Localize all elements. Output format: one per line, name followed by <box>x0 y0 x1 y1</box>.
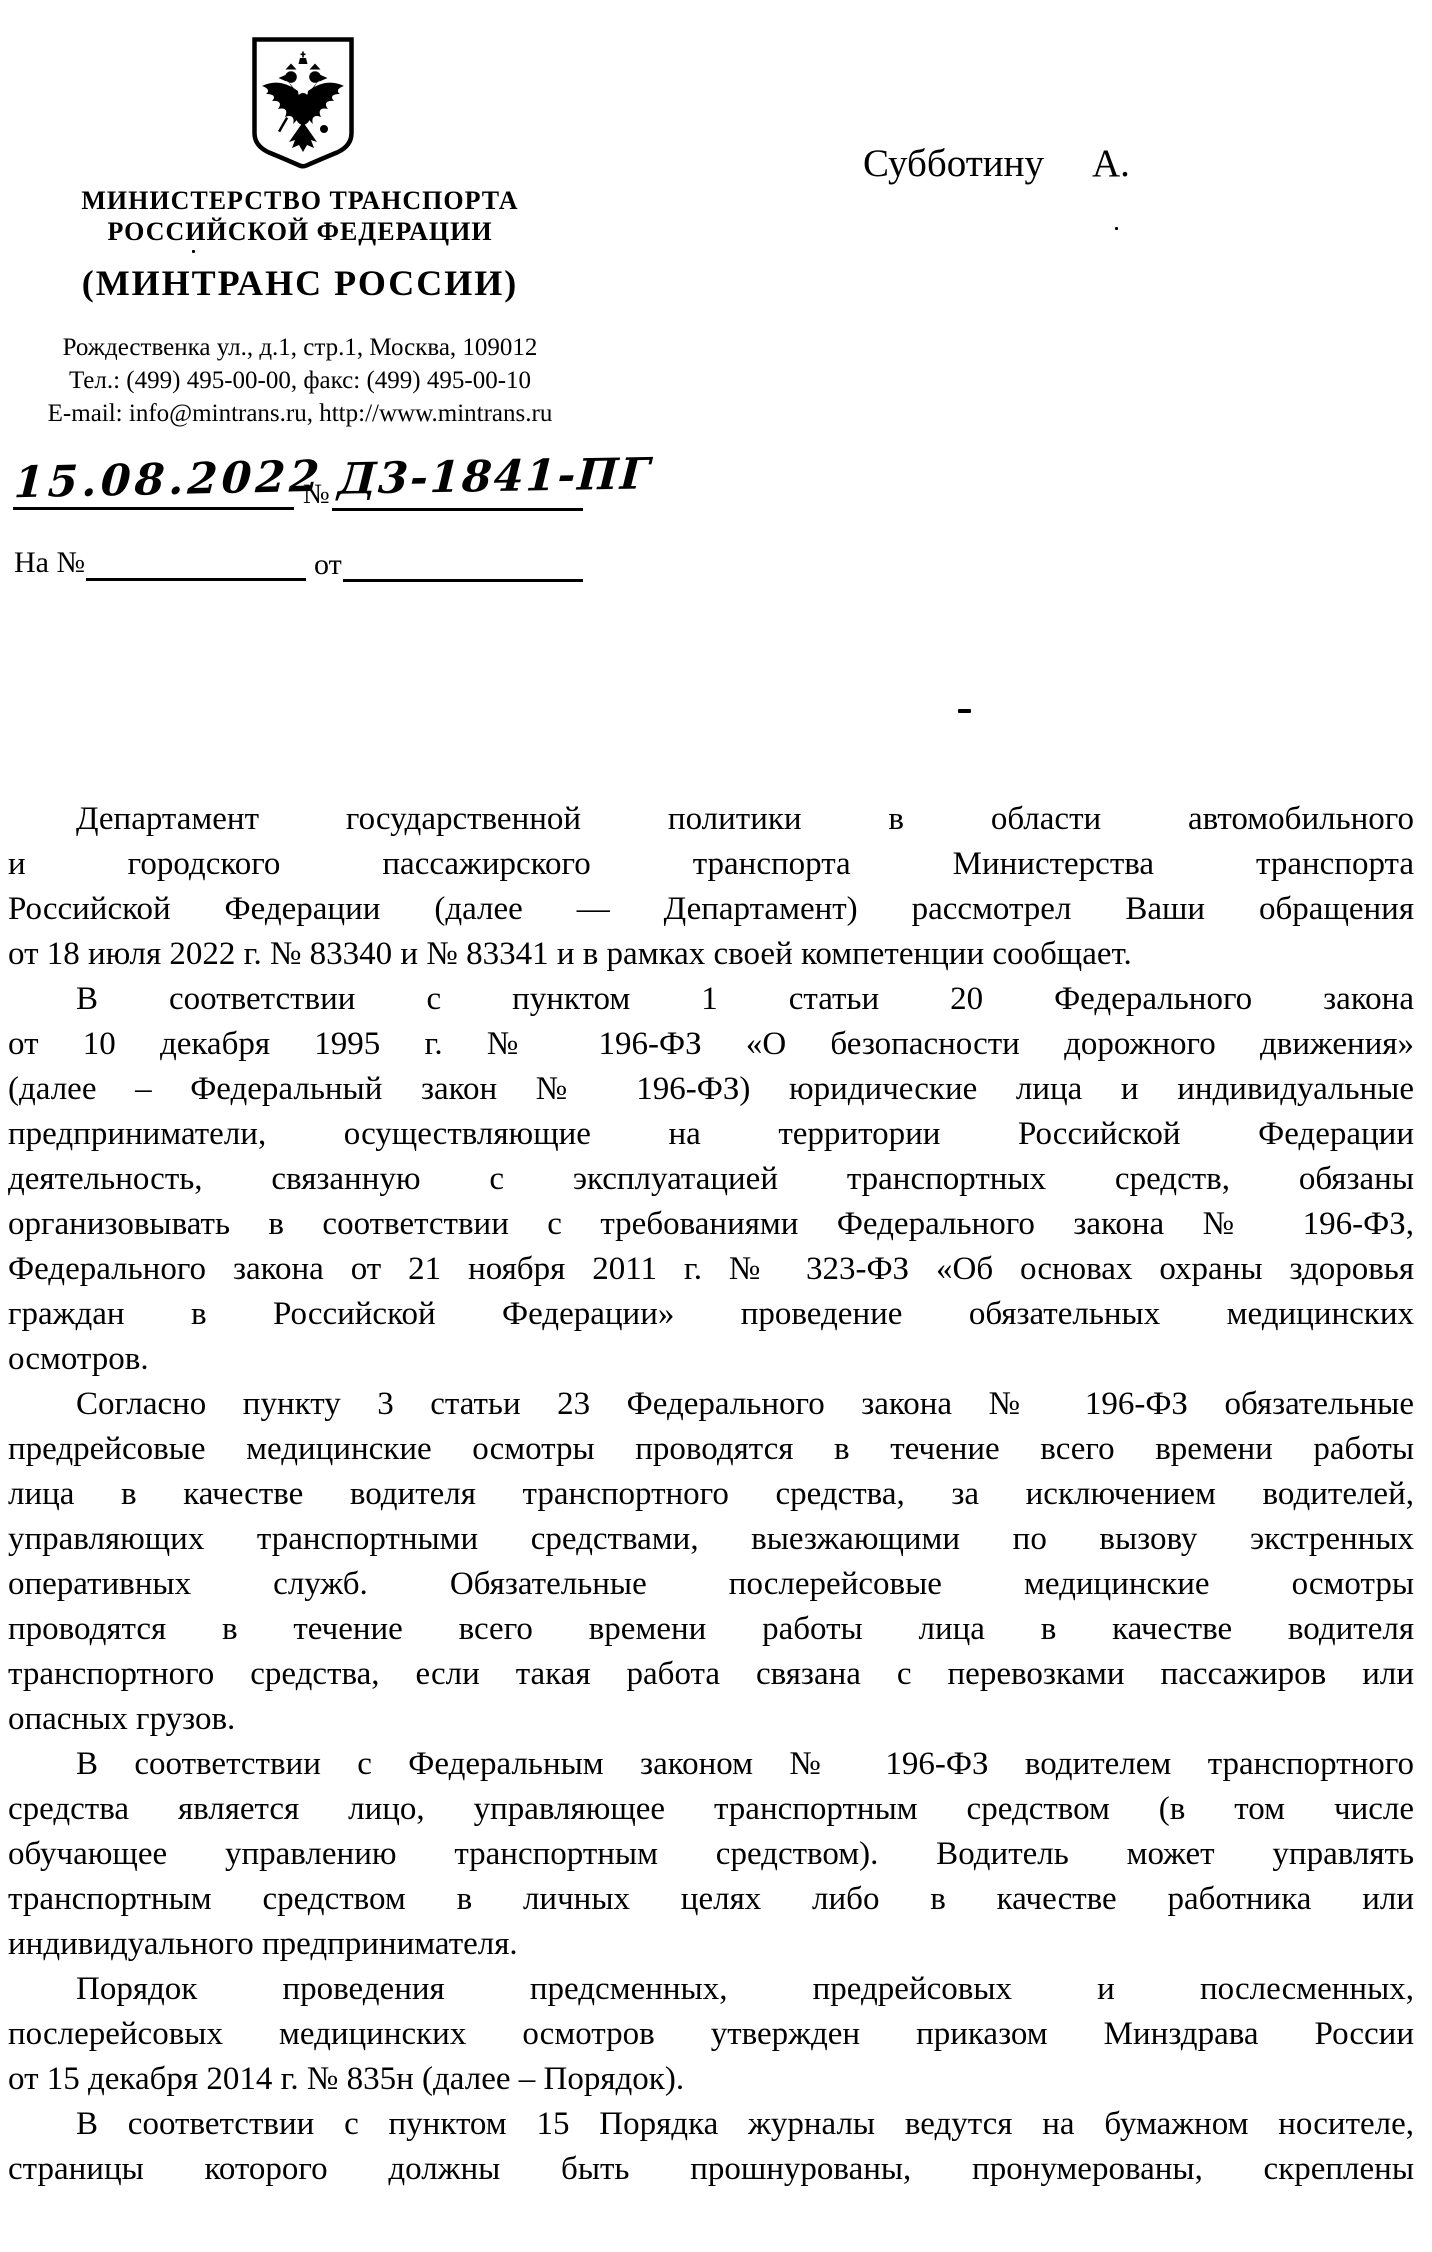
body-line: Федерального закона от 21 ноября 2011 г.… <box>8 1247 1414 1292</box>
scan-artifact-dot <box>192 250 195 253</box>
body-line: от 15 декабря 2014 г. № 835н (далее – По… <box>8 2057 1414 2102</box>
body-line: оперативных служб. Обязательные послерей… <box>8 1562 1414 1607</box>
body-line: и городского пассажирского транспорта Ми… <box>8 842 1414 887</box>
email-line: E-mail: info@mintrans.ru, http://www.min… <box>20 397 580 430</box>
scan-artifact-dash <box>958 709 971 713</box>
body-line: осмотров. <box>8 1337 1414 1382</box>
body-line: предрейсовые медицинские осмотры проводя… <box>8 1427 1414 1472</box>
body-text: Департамент государственной политики в о… <box>8 797 1414 2192</box>
body-line: средства является лицо, управляющее тран… <box>8 1787 1414 1832</box>
outgoing-number-handwritten: Д3-1841-ПГ <box>337 449 653 505</box>
address-line: Рождественка ул., д.1, стр.1, Москва, 10… <box>20 331 580 364</box>
body-line: обучающее управлению транспортным средст… <box>8 1832 1414 1877</box>
outgoing-date-handwritten: 15.08.2022 <box>13 452 325 509</box>
body-line: Департамент государственной политики в о… <box>8 797 1414 842</box>
letter-page: МИНИСТЕРСТВО ТРАНСПОРТА РОССИЙСКОЙ ФЕДЕР… <box>0 0 1432 2252</box>
incoming-number-underline <box>86 578 306 581</box>
body-line: Российской Федерации (далее — Департамен… <box>8 887 1414 932</box>
body-line: лица в качестве водителя транспортного с… <box>8 1472 1414 1517</box>
ministry-short-name: (МИНТРАНС РОССИИ) <box>20 262 580 304</box>
recipient-surname: Субботину <box>863 142 1044 185</box>
body-line: организовывать в соответствии с требован… <box>8 1202 1414 1247</box>
body-line: Порядок проведения предсменных, предрейс… <box>8 1967 1414 2012</box>
body-line: послерейсовых медицинских осмотров утвер… <box>8 2012 1414 2057</box>
body-line: В соответствии с Федеральным законом № 1… <box>8 1742 1414 1787</box>
body-line: от 18 июля 2022 г. № 83340 и № 83341 и в… <box>8 932 1414 977</box>
body-line: предприниматели, осуществляющие на терри… <box>8 1112 1414 1157</box>
letterhead-contacts: Рождественка ул., д.1, стр.1, Москва, 10… <box>20 331 580 430</box>
body-line: (далее – Федеральный закон № 196-ФЗ) юри… <box>8 1067 1414 1112</box>
russia-coat-of-arms-icon <box>248 36 358 169</box>
body-line: проводятся в течение всего времени работ… <box>8 1607 1414 1652</box>
body-line: транспортным средством в личных целях ли… <box>8 1877 1414 1922</box>
body-line: страницы которого должны быть прошнурова… <box>8 2147 1414 2192</box>
body-line: управляющих транспортными средствами, вы… <box>8 1517 1414 1562</box>
body-line: Согласно пункту 3 статьи 23 Федерального… <box>8 1382 1414 1427</box>
body-line: деятельность, связанную с эксплуатацией … <box>8 1157 1414 1202</box>
ministry-name-line1: МИНИСТЕРСТВО ТРАНСПОРТА <box>20 186 580 216</box>
body-line: В соответствии с пунктом 15 Порядка журн… <box>8 2102 1414 2147</box>
incoming-number-label: На № <box>14 546 85 580</box>
scan-artifact-dot <box>1115 227 1118 230</box>
body-line: индивидуального предпринимателя. <box>8 1922 1414 1967</box>
body-line: В соответствии с пунктом 1 статьи 20 Фед… <box>8 977 1414 1022</box>
recipient-name: СубботинуА. <box>863 141 1130 186</box>
body-line: от 10 декабря 1995 г. № 196-ФЗ «О безопа… <box>8 1022 1414 1067</box>
incoming-date-underline <box>343 579 583 582</box>
body-line: опасных грузов. <box>8 1697 1414 1742</box>
date-underline <box>13 507 294 510</box>
body-line: граждан в Российской Федерации» проведен… <box>8 1292 1414 1337</box>
number-sign: № <box>303 479 330 511</box>
ministry-name-line2: РОССИЙСКОЙ ФЕДЕРАЦИИ <box>20 217 580 247</box>
body-line: транспортного средства, если такая работ… <box>8 1652 1414 1697</box>
incoming-date-label: от <box>314 548 342 582</box>
number-underline <box>332 508 583 511</box>
recipient-initial: А. <box>1092 142 1130 185</box>
phone-line: Тел.: (499) 495-00-00, факс: (499) 495-0… <box>20 364 580 397</box>
